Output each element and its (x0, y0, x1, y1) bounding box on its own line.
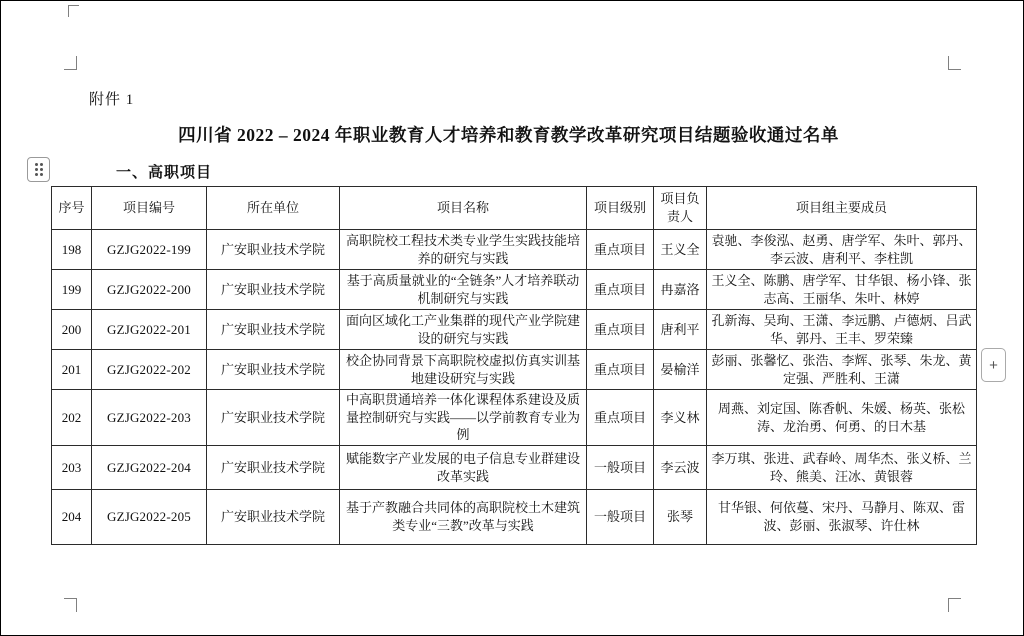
header-project-level[interactable]: 项目级别 (587, 187, 654, 230)
document-title[interactable]: 四川省 2022 – 2024 年职业教育人才培养和教育教学改革研究项目结题验收… (66, 122, 951, 147)
cell-unit[interactable]: 广安职业技术学院 (207, 390, 340, 446)
cell-project-name[interactable]: 面向区域化工产业集群的现代产业学院建设的研究与实践 (340, 310, 587, 350)
header-main-members[interactable]: 项目组主要成员 (707, 187, 977, 230)
cell-project-level[interactable]: 重点项目 (587, 390, 654, 446)
crop-mark-bottom-right (948, 598, 961, 612)
cell-unit[interactable]: 广安职业技术学院 (207, 270, 340, 310)
cell-serial[interactable]: 204 (52, 490, 92, 545)
cell-project-leader[interactable]: 晏榆洋 (654, 350, 707, 390)
section-heading[interactable]: 一、高职项目 (116, 161, 212, 182)
cell-serial[interactable]: 201 (52, 350, 92, 390)
cell-project-code[interactable]: GZJG2022-204 (92, 446, 207, 490)
cell-project-code[interactable]: GZJG2022-201 (92, 310, 207, 350)
cell-project-leader[interactable]: 李义林 (654, 390, 707, 446)
header-project-name[interactable]: 项目名称 (340, 187, 587, 230)
table-row: 200 GZJG2022-201 广安职业技术学院 面向区域化工产业集群的现代产… (52, 310, 977, 350)
crop-mark-top (68, 5, 79, 17)
table-row: 201 GZJG2022-202 广安职业技术学院 校企协同背景下高职院校虚拟仿… (52, 350, 977, 390)
cell-serial[interactable]: 202 (52, 390, 92, 446)
cell-main-members[interactable]: 王义全、陈鹏、唐学军、甘华银、杨小锋、张志高、王丽华、朱叶、林婷 (707, 270, 977, 310)
header-project-code[interactable]: 项目编号 (92, 187, 207, 230)
cell-project-code[interactable]: GZJG2022-205 (92, 490, 207, 545)
document-page[interactable]: 附件 1 四川省 2022 – 2024 年职业教育人才培养和教育教学改革研究项… (0, 0, 1024, 636)
cell-project-leader[interactable]: 张琴 (654, 490, 707, 545)
cell-project-name[interactable]: 赋能数字产业发展的电子信息专业群建设改革实践 (340, 446, 587, 490)
header-unit[interactable]: 所在单位 (207, 187, 340, 230)
table-row: 204 GZJG2022-205 广安职业技术学院 基于产教融合共同体的高职院校… (52, 490, 977, 545)
grip-dots-icon (35, 163, 43, 176)
cell-project-level[interactable]: 重点项目 (587, 350, 654, 390)
cell-project-name[interactable]: 基于产教融合共同体的高职院校土木建筑类专业“三教”改革与实践 (340, 490, 587, 545)
cell-unit[interactable]: 广安职业技术学院 (207, 310, 340, 350)
crop-mark-top-left (64, 56, 77, 70)
table-drag-handle-icon[interactable] (27, 157, 50, 182)
cell-project-name[interactable]: 高职院校工程技术类专业学生实践技能培养的研究与实践 (340, 230, 587, 270)
cell-project-leader[interactable]: 王义全 (654, 230, 707, 270)
cell-main-members[interactable]: 袁驰、李俊泓、赵勇、唐学军、朱叶、郭丹、李云波、唐利平、李柱凯 (707, 230, 977, 270)
cell-project-level[interactable]: 重点项目 (587, 310, 654, 350)
cell-project-code[interactable]: GZJG2022-202 (92, 350, 207, 390)
cell-unit[interactable]: 广安职业技术学院 (207, 230, 340, 270)
cell-project-code[interactable]: GZJG2022-203 (92, 390, 207, 446)
cell-main-members[interactable]: 甘华银、何依蔓、宋丹、马静月、陈双、雷波、彭丽、张淑琴、许仕林 (707, 490, 977, 545)
cell-project-leader[interactable]: 冉嘉洛 (654, 270, 707, 310)
attachment-label[interactable]: 附件 1 (89, 88, 134, 109)
cell-project-level[interactable]: 重点项目 (587, 230, 654, 270)
table-row: 199 GZJG2022-200 广安职业技术学院 基于高质量就业的“全链条”人… (52, 270, 977, 310)
cell-project-code[interactable]: GZJG2022-199 (92, 230, 207, 270)
cell-serial[interactable]: 199 (52, 270, 92, 310)
cell-main-members[interactable]: 周燕、刘定国、陈香帆、朱媛、杨英、张松涛、龙治勇、何勇、的日木基 (707, 390, 977, 446)
cell-project-name[interactable]: 基于高质量就业的“全链条”人才培养联动机制研究与实践 (340, 270, 587, 310)
cell-project-code[interactable]: GZJG2022-200 (92, 270, 207, 310)
cell-project-leader[interactable]: 唐利平 (654, 310, 707, 350)
cell-unit[interactable]: 广安职业技术学院 (207, 490, 340, 545)
table-row: 202 GZJG2022-203 广安职业技术学院 中高职贯通培养一体化课程体系… (52, 390, 977, 446)
cell-project-level[interactable]: 一般项目 (587, 490, 654, 545)
projects-table: 序号 项目编号 所在单位 项目名称 项目级别 项目负责人 项目组主要成员 198… (51, 186, 977, 545)
cell-main-members[interactable]: 孔新海、吴珣、王潇、李远鹏、卢德炳、吕武华、郭丹、王丰、罗荣臻 (707, 310, 977, 350)
cell-project-level[interactable]: 一般项目 (587, 446, 654, 490)
header-serial[interactable]: 序号 (52, 187, 92, 230)
cell-unit[interactable]: 广安职业技术学院 (207, 446, 340, 490)
table-row: 203 GZJG2022-204 广安职业技术学院 赋能数字产业发展的电子信息专… (52, 446, 977, 490)
cell-project-level[interactable]: 重点项目 (587, 270, 654, 310)
cell-main-members[interactable]: 李万琪、张进、武春岭、周华杰、张义桥、兰玲、熊美、汪冰、黄银蓉 (707, 446, 977, 490)
cell-serial[interactable]: 198 (52, 230, 92, 270)
cell-serial[interactable]: 200 (52, 310, 92, 350)
header-project-leader[interactable]: 项目负责人 (654, 187, 707, 230)
cell-project-name[interactable]: 中高职贯通培养一体化课程体系建设及质量控制研究与实践——以学前教育专业为例 (340, 390, 587, 446)
cell-project-name[interactable]: 校企协同背景下高职院校虚拟仿真实训基地建设研究与实践 (340, 350, 587, 390)
crop-mark-top-right (948, 56, 961, 70)
table-row: 198 GZJG2022-199 广安职业技术学院 高职院校工程技术类专业学生实… (52, 230, 977, 270)
table-header-row: 序号 项目编号 所在单位 项目名称 项目级别 项目负责人 项目组主要成员 (52, 187, 977, 230)
cell-project-leader[interactable]: 李云波 (654, 446, 707, 490)
cell-main-members[interactable]: 彭丽、张馨忆、张浩、李辉、张琴、朱龙、黄定强、严胜利、王潇 (707, 350, 977, 390)
cell-unit[interactable]: 广安职业技术学院 (207, 350, 340, 390)
cell-serial[interactable]: 203 (52, 446, 92, 490)
crop-mark-bottom-left (64, 598, 77, 612)
insert-plus-button[interactable]: + (981, 348, 1006, 382)
